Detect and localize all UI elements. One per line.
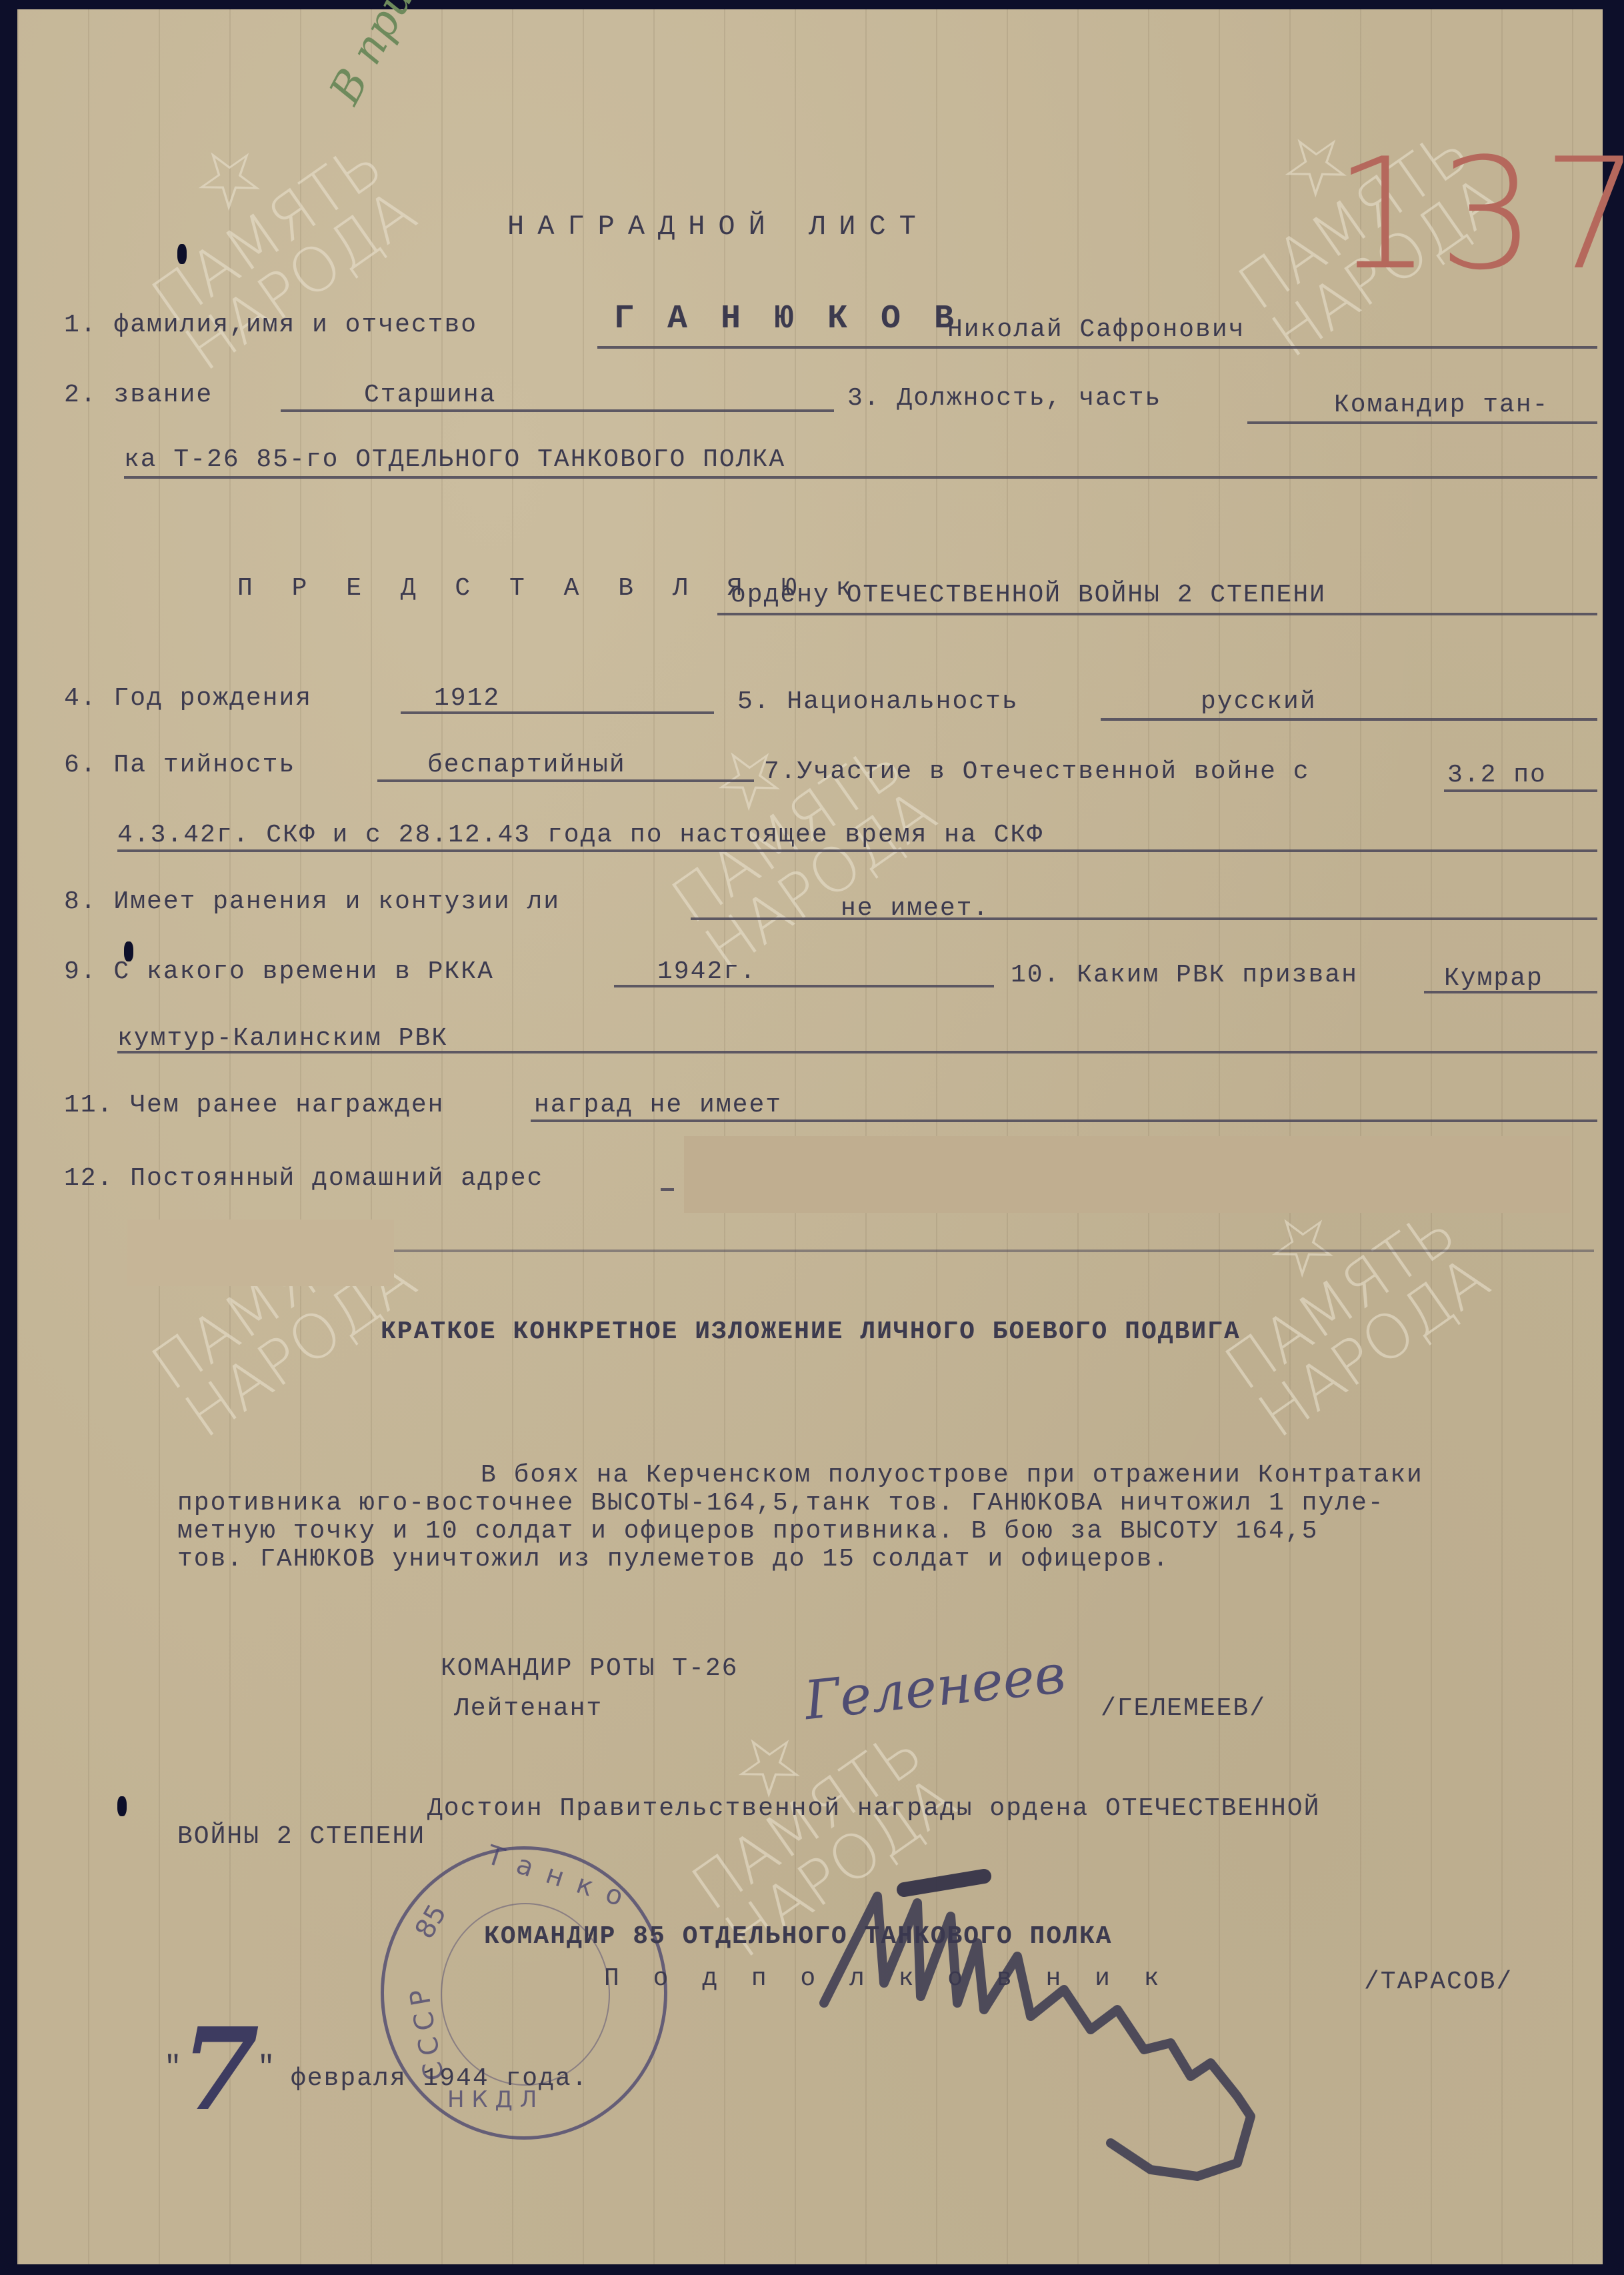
document-page: ☆ПАМЯТЬНАРОДА ☆ПАМЯТЬНАРОДА ☆ПАМЯТЬНАРОД…	[17, 9, 1603, 2264]
date-day: 7	[181, 2003, 259, 2136]
regiment-commander-signature	[17, 9, 1603, 2264]
date-close-quote: "	[257, 2053, 276, 2082]
date-rest: февраля 1944 года.	[291, 2066, 588, 2092]
